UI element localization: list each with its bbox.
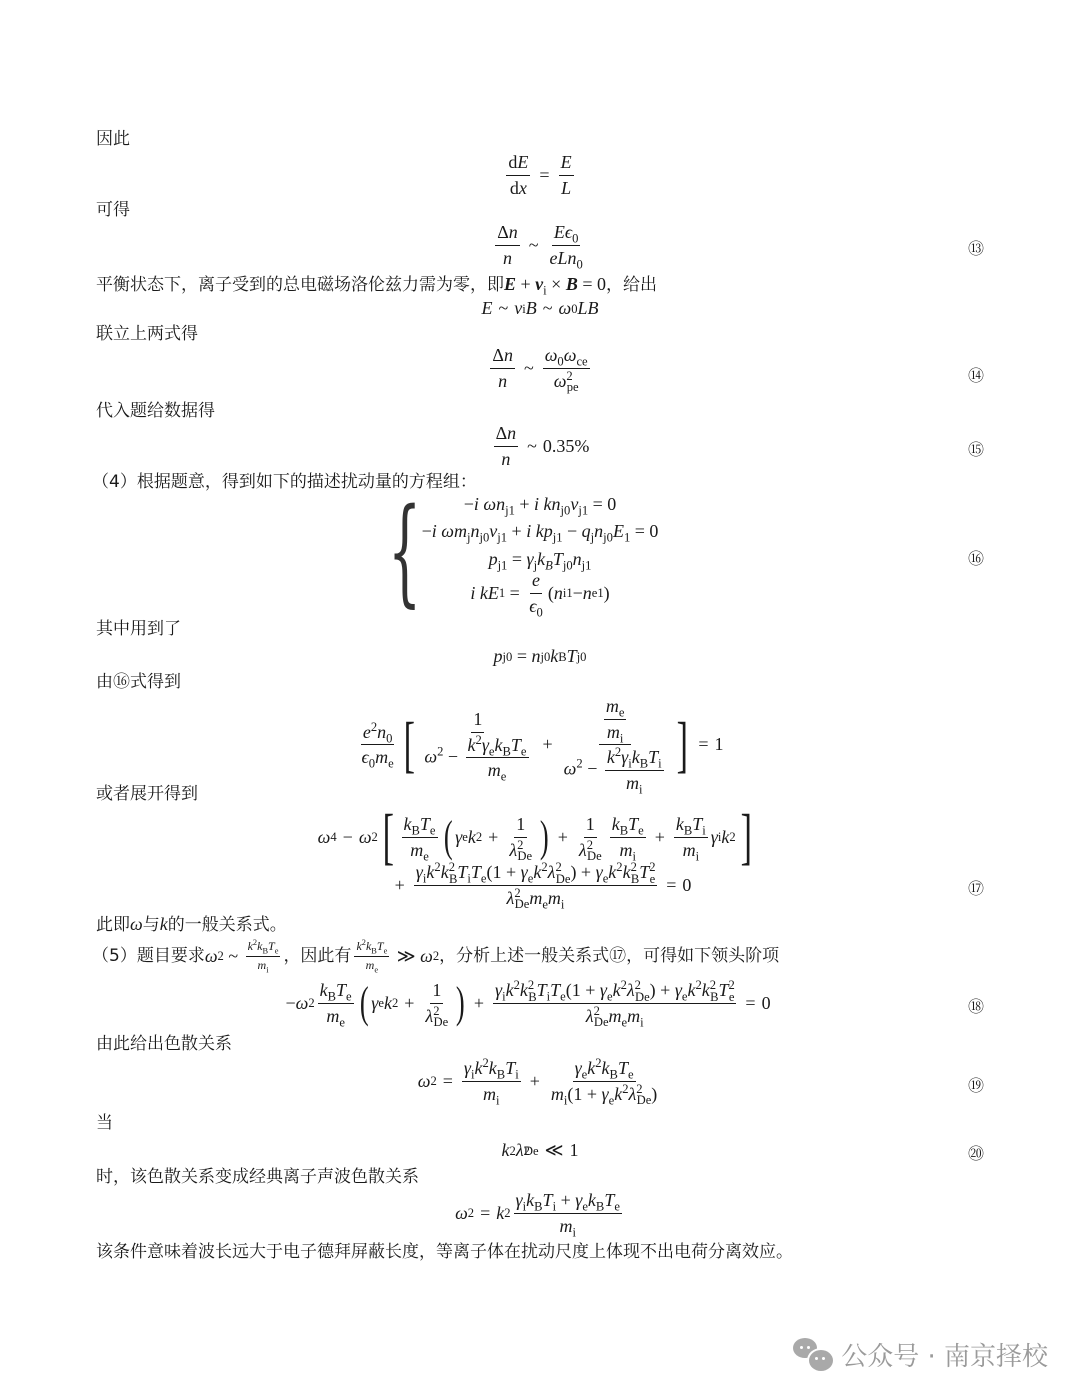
text-segment: 此即 — [96, 915, 130, 935]
equation-15: Δnn ~ 0.35% — [0, 423, 1080, 469]
watermark-text: 公众号 · 南京择校 — [841, 1336, 1048, 1373]
paragraph-conclusion: 该条件意味着波长远大于电子德拜屏蔽长度，等离子体在扰动尺度上体现不出电荷分离效应… — [96, 1241, 793, 1263]
text-segment: 的一般关系式。 — [168, 915, 287, 935]
equation-number-17: ⑰ — [968, 876, 984, 899]
equation-number-16: ⑯ — [968, 546, 984, 569]
paragraph-therefore: 因此 — [96, 128, 130, 150]
system-line-3: pj1 = γjkBTj0nj1 — [0, 549, 1080, 570]
paragraph-obtain: 可得 — [96, 199, 130, 221]
equation-20: k2λ2De≪1 — [0, 1140, 1080, 1161]
paragraph-from-16: 由⑯式得到 — [96, 671, 181, 693]
paragraph-general-relation: 此即ω与k的一般关系式。 — [96, 913, 287, 936]
paragraph-dispersion: 由此给出色散关系 — [96, 1033, 232, 1055]
equation-dEdx: dEdx = EL — [0, 152, 1080, 198]
equation-13: Δnn ~ Eϵ0eLn0 — [0, 222, 1080, 268]
equation-number-20: ⑳ — [968, 1141, 984, 1164]
paragraph-when: 当 — [96, 1112, 113, 1134]
paragraph-equilibrium: 平衡状态下，离子受到的总电磁场洛伦兹力需为零，即E + vi × B = 0，给… — [96, 273, 657, 296]
text-segment: （5）题目要求 — [92, 945, 205, 967]
equation-number-15: ⑮ — [968, 437, 984, 460]
equation-number-13: ⑬ — [968, 236, 984, 259]
paragraph-expand: 或者展开得到 — [96, 783, 198, 805]
paragraph-part-5: （5）题目要求 ω2 ~ k2kBTemi ，因此有 k2kBTeme ≫ ω2… — [92, 940, 779, 973]
equation-number-18: ⑱ — [968, 994, 984, 1017]
equation-number-19: ⑲ — [968, 1073, 984, 1096]
percent-value: 0.35% — [543, 436, 590, 457]
equation-ion-acoustic: ω2=k2 γikBTi + γekBTemi — [0, 1190, 1080, 1236]
equation-14: Δnn ~ ω0ωceω2pe — [0, 345, 1080, 391]
equilibrium-text: 平衡状态下，离子受到的总电磁场洛伦兹力需为零，即 — [96, 275, 504, 295]
system-line-1: −i ωnj1 + i knj0vj1 = 0 — [0, 494, 1080, 515]
paragraph-substitute: 代入题给数据得 — [96, 400, 215, 422]
watermark: 公众号 · 南京择校 — [793, 1336, 1048, 1373]
equation-E-estimate: E~viB~ω0LB — [0, 298, 1080, 319]
wechat-icon — [793, 1338, 833, 1372]
text-segment: 与 — [143, 915, 160, 935]
system-line-4: i kE1 = eϵ0(ni1 − ne1) — [0, 570, 1080, 616]
rhs-zero: 0 — [682, 875, 691, 896]
document-page: 因此 dEdx = EL 可得 Δnn ~ Eϵ0eLn0 ⑬ 平衡状态下，离子… — [0, 0, 1080, 1398]
paragraph-combine: 联立上两式得 — [96, 323, 198, 345]
system-line-2: −i ωmjnj0vj1 + i kpj1 − qjnj0E1 = 0 — [0, 521, 1080, 542]
text-segment: ，因此有 — [283, 945, 351, 967]
text-segment: ，分析上述一般关系式⑰，可得如下领头阶项 — [439, 945, 779, 967]
equation-19: ω2= γik2kBTimi + γek2kBTemi(1 + γek2λ2De… — [0, 1058, 1080, 1104]
equation-17-line-2: + γik2k2BTiTe(1 + γek2λ2De) + γek2k2BT2e… — [0, 862, 1080, 908]
rhs-one: 1 — [714, 734, 723, 755]
paragraph-ion-acoustic: 时，该色散关系变成经典离子声波色散关系 — [96, 1166, 419, 1188]
equation-pj0: pj0 = nj0kBTj0 — [0, 646, 1080, 667]
equation-dispersion-full: e2n0ϵ0me [ 1ω2 − k2γekBTeme + memiω2 − k… — [0, 696, 1080, 794]
paragraph-where-used: 其中用到了 — [96, 618, 181, 640]
equilibrium-suffix: ，给出 — [606, 275, 657, 295]
equation-number-14: ⑭ — [968, 363, 984, 386]
equation-18: −ω2 kBTeme (γek2+1λ2De) + γik2k2BTiTe(1 … — [0, 980, 1068, 1026]
equation-17-line-1: ω4−ω2 [ kBTeme (γek2+1λ2De) + 1λ2De kBTe… — [0, 806, 1077, 868]
